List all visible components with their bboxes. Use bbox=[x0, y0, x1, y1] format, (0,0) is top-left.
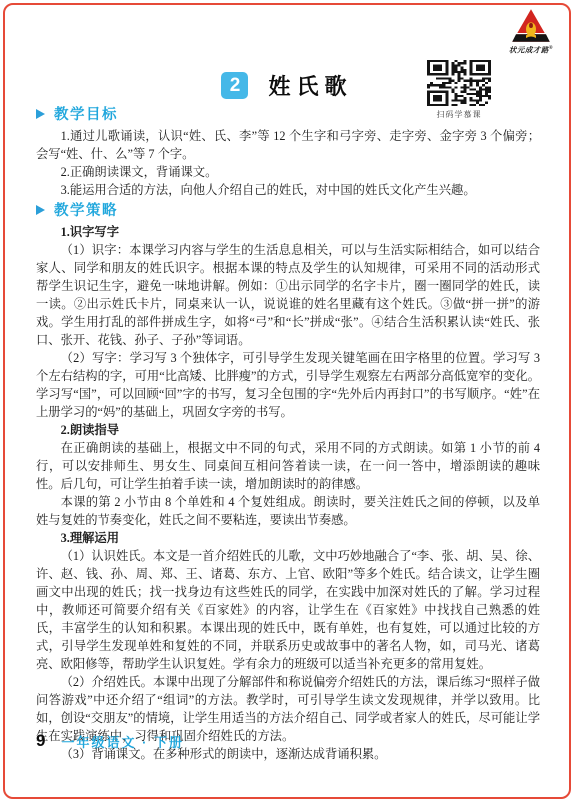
objective-item: 2.正确朗读课文，背诵课文。 bbox=[36, 163, 540, 181]
logo-triangle-icon bbox=[511, 7, 551, 44]
strategy-paragraph: （1）识字：本课学习内容与学生的生活息息相关，可以与生活实际相结合，如可以结合家… bbox=[36, 241, 540, 349]
section-heading-strategy: 教学策略 bbox=[36, 199, 540, 220]
strategy-subheading: 1.识字写字 bbox=[36, 223, 540, 241]
qr-code bbox=[427, 60, 491, 106]
footer-label: 一年级语文 · 下册 bbox=[61, 732, 184, 751]
page-content: 教学目标 1.通过儿歌诵读，认识“姓、氏、李”等 12 个生字和弓字旁、走字旁、… bbox=[36, 103, 540, 763]
brand-name: 状元成才路 bbox=[509, 46, 549, 55]
page-number: 9 bbox=[36, 731, 45, 751]
section-marker-icon bbox=[36, 205, 45, 215]
strategy-paragraph: 本课的第 2 小节由 8 个单姓和 4 个复姓组成。朗读时，要关注姓氏之间的停顿… bbox=[36, 493, 540, 529]
footer: 9 一年级语文 · 下册 bbox=[36, 731, 184, 751]
strategy-paragraph: （2）写字：学习写 3 个独体字，可引导学生发现关键笔画在田字格里的位置。学习写… bbox=[36, 349, 540, 421]
objective-item: 3.能运用合适的方法，向他人介绍自己的姓氏，对中国的姓氏文化产生兴趣。 bbox=[36, 181, 540, 199]
lesson-number-badge: 2 bbox=[221, 72, 248, 99]
strategy-paragraph: （1）认识姓氏。本文是一首介绍姓氏的儿歌，文中巧妙地融合了“李、张、胡、吴、徐、… bbox=[36, 547, 540, 673]
lesson-title: 姓氏歌 bbox=[262, 70, 352, 101]
strategy-paragraph: 在正确朗读的基础上，根据文中不同的句式，采用不同的方式朗读。如第 1 小节的前 … bbox=[36, 439, 540, 493]
strategy-subheading: 2.朗读指导 bbox=[36, 421, 540, 439]
brand-logo: 状元成才路® bbox=[502, 7, 560, 54]
strategy-subheading: 3.理解运用 bbox=[36, 529, 540, 547]
section-marker-icon bbox=[36, 109, 45, 119]
brand-name-text: 状元成才路® bbox=[502, 46, 560, 54]
objective-item: 1.通过儿歌诵读，认识“姓、氏、李”等 12 个生字和弓字旁、走字旁、金字旁 3… bbox=[36, 127, 540, 163]
section-title-objectives: 教学目标 bbox=[54, 103, 118, 124]
page: 状元成才路® 2 姓氏歌 扫码学慕课 教学目标 1.通过儿歌诵读，认识“姓、氏、… bbox=[0, 0, 574, 802]
section-heading-objectives: 教学目标 bbox=[36, 103, 540, 124]
registered-mark-icon: ® bbox=[549, 46, 553, 51]
section-title-strategy: 教学策略 bbox=[54, 199, 118, 220]
